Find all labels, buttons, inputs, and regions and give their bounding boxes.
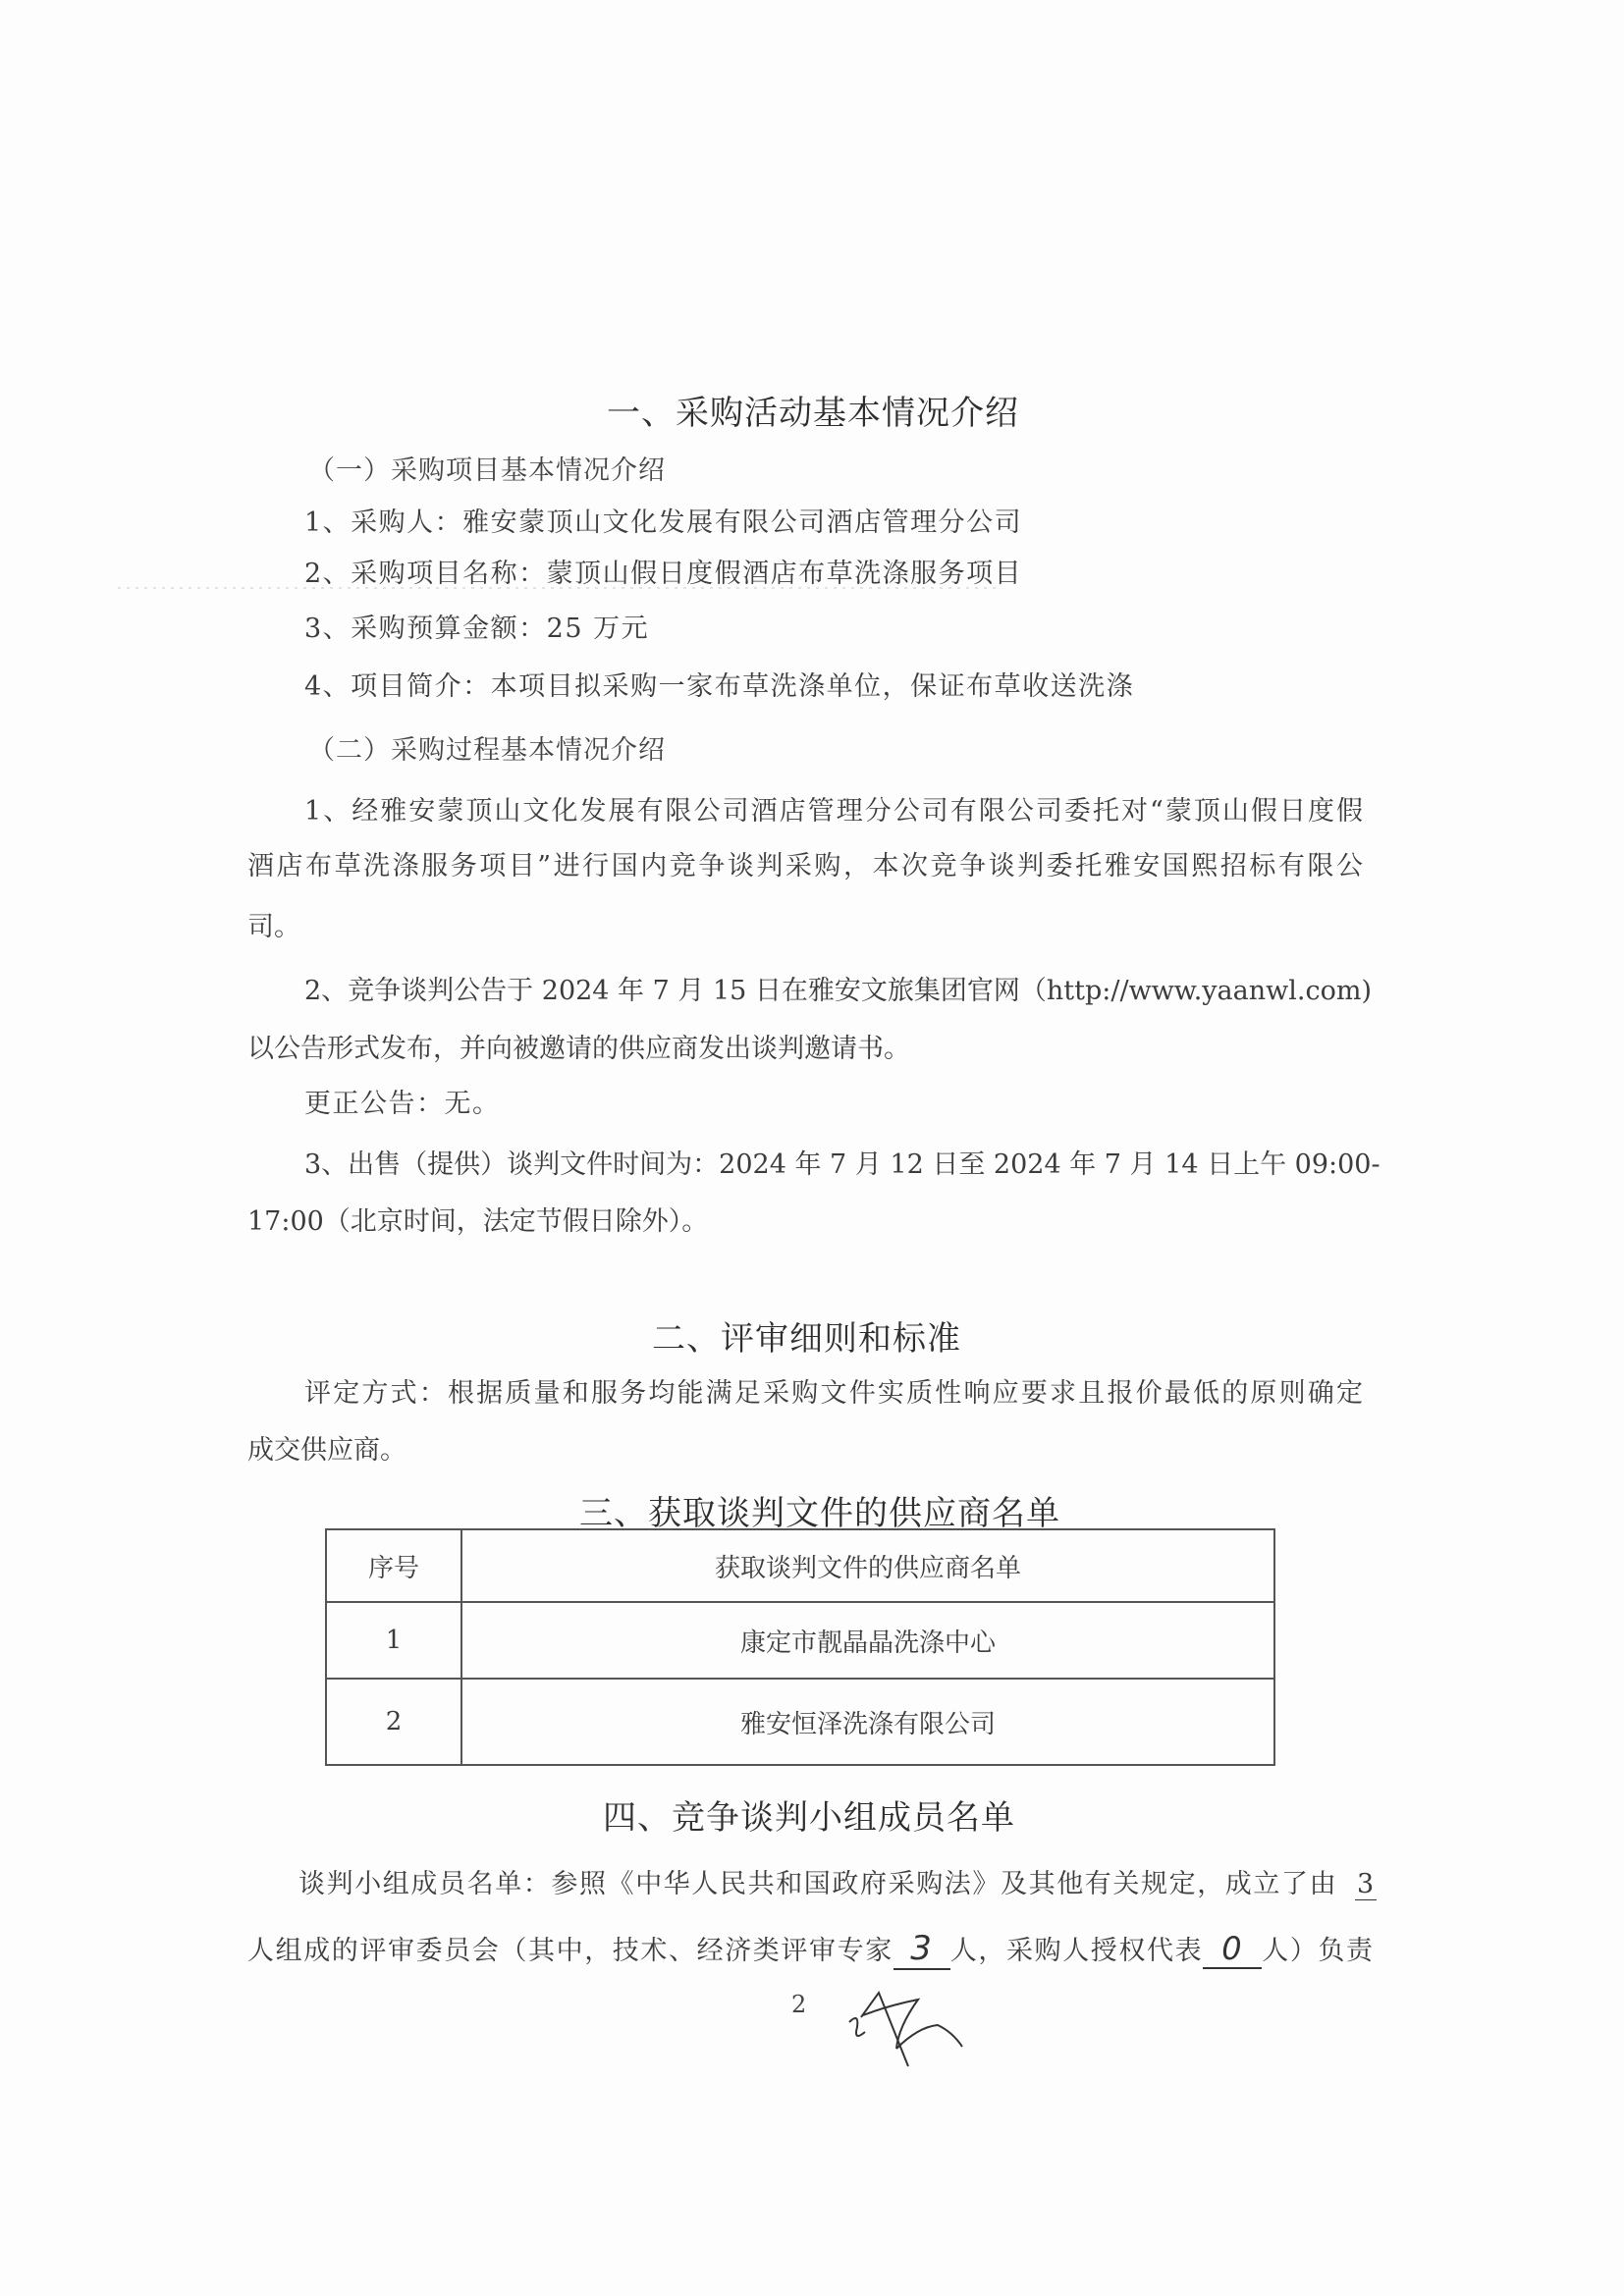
document-page: 一、采购活动基本情况介绍 （一）采购项目基本情况介绍 1、采购人：雅安蒙顶山文化… [0,0,1624,2296]
project-name-item: 2、采购项目名称：蒙顶山假日度假酒店布草洗涤服务项目 [304,552,1022,590]
process-paragraph-1-line3: 司。 [247,905,1363,943]
header-index: 序号 [326,1529,461,1602]
section2-title: 二、评审细则和标准 [652,1311,961,1360]
committee-line2: 人组成的评审委员会（其中，技术、经济类评审专家3人，采购人授权代表0人）负责 [247,1929,1375,1970]
table-row: 1 康定市靓晶晶洗涤中心 [326,1602,1274,1679]
process-paragraph-1-line2: 酒店布草洗涤服务项目”进行国内竞争谈判采购，本次竞争谈判委托雅安国熙招标有限公 [247,844,1363,882]
section1-title: 一、采购活动基本情况介绍 [607,386,1019,434]
committee-line1-text: 谈判小组成员名单：参照《中华人民共和国政府采购法》及其他有关规定，成立了由 [298,1869,1337,1899]
row-supplier: 雅安恒泽洗涤有限公司 [461,1679,1274,1765]
row-supplier: 康定市靓晶晶洗涤中心 [461,1602,1274,1679]
project-summary-item: 4、项目简介：本项目拟采购一家布草洗涤单位，保证布草收送洗涤 [304,665,1134,703]
supplier-table: 序号 获取谈判文件的供应商名单 1 康定市靓晶晶洗涤中心 2 雅安恒泽洗涤有限公… [325,1528,1275,1766]
table-row: 2 雅安恒泽洗涤有限公司 [326,1679,1274,1765]
committee-line1: 谈判小组成员名单：参照《中华人民共和国政府采购法》及其他有关规定，成立了由 3 [298,1862,1377,1900]
evaluation-method-line2: 成交供应商。 [247,1428,1363,1467]
header-supplier: 获取谈判文件的供应商名单 [461,1529,1274,1602]
process-paragraph-2-line1: 2、竞争谈判公告于 2024 年 7 月 15 日在雅安文旅集团官网（http:… [304,969,1363,1007]
process-paragraph-3-line1: 3、出售（提供）谈判文件时间为：2024 年 7 月 12 日至 2024 年 … [304,1143,1363,1181]
experts-count: 3 [893,1929,950,1970]
row-index: 2 [326,1679,461,1765]
process-paragraph-1-line1: 1、经雅安蒙顶山文化发展有限公司酒店管理分公司有限公司委托对“蒙顶山假日度假 [304,789,1363,828]
evaluation-method-line1: 评定方式：根据质量和服务均能满足采购文件实质性响应要求且报价最低的原则确定 [304,1371,1363,1410]
signature-icon [839,1988,977,2081]
budget-item: 3、采购预算金额：25 万元 [304,607,649,645]
committee-line2-text-a: 人组成的评审委员会（其中，技术、经济类评审专家 [247,1936,893,1966]
purchaser-item: 1、采购人：雅安蒙顶山文化发展有限公司酒店管理分公司 [304,501,1022,539]
committee-line2-text-c: 人）负责 [1262,1936,1374,1966]
section4-title: 四、竞争谈判小组成员名单 [603,1790,1015,1839]
committee-total-count: 3 [1355,1869,1377,1900]
table-header-row: 序号 获取谈判文件的供应商名单 [326,1529,1274,1602]
process-paragraph-3-line2: 17:00（北京时间，法定节假日除外）。 [247,1200,1363,1238]
subsection1-title: （一）采购项目基本情况介绍 [308,449,666,487]
representatives-count: 0 [1203,1930,1262,1969]
correction-notice: 更正公告：无。 [304,1082,501,1120]
committee-line2-text-b: 人，采购人授权代表 [950,1936,1203,1966]
page-number: 2 [791,1991,806,2018]
section3-title: 三、获取谈判文件的供应商名单 [579,1486,1060,1534]
row-index: 1 [326,1602,461,1679]
process-paragraph-2-line2: 以公告形式发布，并向被邀请的供应商发出谈判邀请书。 [247,1027,1363,1065]
subsection2-title: （二）采购过程基本情况介绍 [308,728,666,767]
